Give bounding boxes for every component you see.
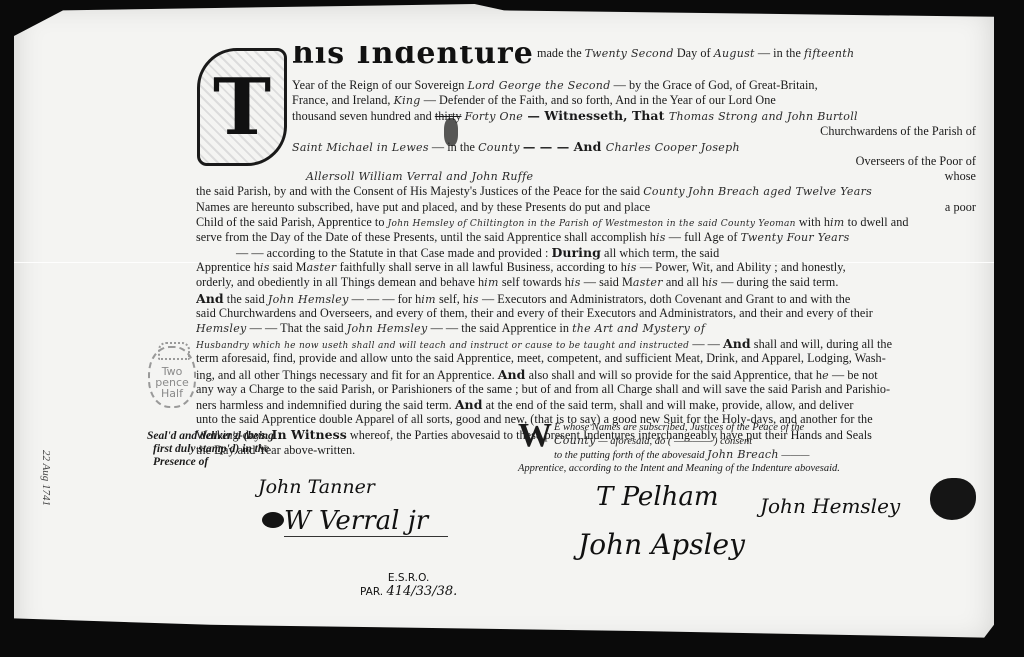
- archive-number: 414/33/38.: [386, 584, 457, 599]
- text: — — — for h: [349, 292, 422, 306]
- text: shall and will, during all the: [751, 337, 892, 351]
- handwritten-master-word: aster: [307, 261, 337, 274]
- text: Seal'd and deliver'd (being: [147, 430, 274, 443]
- text: first duly stamp'd) in the: [147, 443, 274, 456]
- archive-prefix: PAR.: [360, 586, 383, 598]
- stamp-text: Half: [150, 388, 194, 399]
- text: to the putting forth of the abovesaid: [554, 450, 705, 461]
- text: ners harmless and indemnified during the…: [196, 398, 455, 412]
- text: — full Age of: [666, 230, 741, 244]
- text: Presence of: [147, 456, 274, 469]
- body-line: serve from the Day of the Date of these …: [196, 230, 976, 245]
- text: — Defender of the Faith, and so forth, A…: [421, 93, 776, 107]
- archive-reference: E.S.R.O. PAR. 414/33/38.: [360, 572, 457, 599]
- witness-signature: John Tanner: [258, 476, 375, 498]
- body-line: Overseers of the Poor of: [196, 154, 976, 169]
- text: E whose Names are subscribed, Justices o…: [518, 421, 878, 434]
- justice-signature: T Pelham: [596, 482, 719, 512]
- text: — in the: [429, 140, 478, 154]
- text: the said Parish, by and with the Consent…: [196, 184, 643, 198]
- text: — by the Grace of God, of Great-Britain,: [611, 78, 818, 92]
- text: And: [196, 291, 224, 306]
- text: to dwell and: [845, 215, 909, 229]
- handwritten-sovereign: Lord George the Second: [468, 79, 611, 92]
- handwritten-title: King: [394, 94, 421, 107]
- body-line: Names are hereunto subscribed, have put …: [196, 200, 976, 215]
- text: — — That the said: [247, 321, 347, 335]
- text: — in the: [755, 46, 804, 60]
- body-line: France, and Ireland, King — Defender of …: [196, 93, 976, 108]
- handwritten-county: County: [554, 434, 596, 447]
- handwritten-apprentice-name: John Breach aged Twelve Years: [688, 185, 872, 198]
- text: — Witnesseth, That: [523, 108, 669, 123]
- text: with h: [796, 215, 830, 229]
- handwritten-regnal-year: fifteenth: [804, 47, 854, 60]
- body-line: Child of the said Parish, Apprentice to …: [196, 215, 976, 230]
- handwritten-pronoun: im: [421, 293, 436, 306]
- body-line: ing, and all other Things necessary and …: [196, 367, 976, 382]
- text: the said: [224, 292, 268, 306]
- sealed-clause: Seal'd and deliver'd (being first duly s…: [147, 430, 274, 469]
- body-line: Saint Michael in Lewes — in the County —…: [196, 139, 976, 154]
- text: — — — And: [523, 139, 606, 154]
- text: a poor: [945, 200, 976, 215]
- tax-stamp: Two pence Half: [148, 346, 196, 408]
- body-line: any way a Charge to the said Parish, or …: [196, 382, 976, 397]
- text: term aforesaid, find, provide and allow …: [196, 351, 886, 365]
- text: at the end of the said term, shall and w…: [483, 398, 854, 412]
- body-line: term aforesaid, find, provide and allow …: [196, 351, 976, 366]
- text: And: [498, 367, 526, 382]
- body-line: Hemsley — — That the said John Hemsley —…: [196, 321, 976, 336]
- text: — said M: [581, 275, 633, 289]
- drop-cap: W: [518, 421, 552, 451]
- text: whose: [945, 169, 976, 184]
- body-line: Allersoll William Verral and John Ruffew…: [196, 169, 976, 184]
- text: self towards h: [499, 275, 571, 289]
- text: — Power, Wit, and Ability ; and honestly…: [637, 260, 846, 274]
- text: — — the said Apprentice in: [428, 321, 573, 335]
- text: In Witness: [272, 427, 347, 442]
- handwritten-pronoun: is: [469, 293, 479, 306]
- text: And: [723, 336, 751, 351]
- handwritten-churchwardens: Thomas Strong and John Burtoll: [669, 110, 858, 123]
- text: Apprentice, according to the Intent and …: [518, 462, 878, 475]
- handwritten-apprentice-name: John Breach: [707, 448, 779, 461]
- text: — during the said term.: [718, 275, 838, 289]
- handwritten-county: County: [478, 141, 520, 154]
- handwritten-age: Twenty Four Years: [741, 231, 850, 244]
- justice-signature: John Hemsley: [760, 494, 900, 518]
- handwritten-pronoun: is: [656, 231, 666, 244]
- indenture-body: his Indenture made the Twenty Second Day…: [196, 46, 976, 458]
- text: thousand seven hundred and: [292, 109, 435, 123]
- ink-blot: [262, 512, 284, 528]
- witness-signature: W Verral jr: [284, 506, 448, 537]
- handwritten-month: August: [714, 47, 755, 60]
- body-line: said Churchwardens and Overseers, and ev…: [196, 306, 976, 321]
- text: During: [552, 245, 601, 260]
- struck-word: thirty: [435, 109, 462, 123]
- text: made the: [537, 46, 585, 60]
- body-line: Churchwardens of the Parish of: [196, 124, 976, 139]
- text: Overseers of the Poor of: [856, 154, 976, 168]
- handwritten-overseers: Charles Cooper Joseph: [606, 141, 740, 154]
- text: aforesaid, do (: [610, 436, 671, 447]
- text: said M: [270, 260, 307, 274]
- handwritten-year: Forty One: [465, 110, 523, 123]
- text: any way a Charge to the said Parish, or …: [196, 382, 890, 396]
- handwritten-pronoun: is: [260, 261, 270, 274]
- body-line: ners harmless and indemnified during the…: [196, 397, 976, 412]
- body-line: Husbandry which he now useth shall and w…: [196, 336, 976, 351]
- body-line: Year of the Reign of our Sovereign Lord …: [196, 78, 976, 93]
- text: — be not: [829, 368, 878, 382]
- text: self, h: [436, 292, 469, 306]
- body-line: — — according to the Statute in that Cas…: [196, 245, 976, 260]
- margin-date-note: 22 Aug 1741: [40, 450, 52, 506]
- text: faithfully shall serve in all lawful Bus…: [336, 260, 626, 274]
- handwritten-pronoun: im: [830, 216, 845, 229]
- body-line: And the said John Hemsley — — — for him …: [196, 291, 976, 306]
- handwritten-pronoun: is: [571, 276, 581, 289]
- text: Child of the said Parish, Apprentice to: [196, 215, 388, 229]
- handwritten-pronoun: is: [708, 276, 718, 289]
- text: ) consent: [714, 436, 752, 447]
- text: And: [455, 397, 483, 412]
- handwritten-trade-clause: Husbandry which he now useth shall and w…: [196, 341, 689, 351]
- handwritten-county: County: [643, 185, 685, 198]
- title-line: his Indenture made the Twenty Second Day…: [196, 46, 976, 78]
- handwritten-master: John Hemsley: [268, 293, 349, 306]
- handwritten-day: Twenty Second: [585, 47, 674, 60]
- text: and all h: [663, 275, 709, 289]
- document-title: his Indenture: [292, 46, 534, 61]
- handwritten-pronoun: im: [484, 276, 499, 289]
- handwritten-parish: Saint Michael in Lewes: [292, 141, 429, 154]
- text: Names are hereunto subscribed, have put …: [196, 200, 650, 214]
- text: said Churchwardens and Overseers, and ev…: [196, 306, 873, 320]
- handwritten-overseer-names: Allersoll William Verral and John Ruffe: [306, 170, 533, 183]
- justices-consent-clause: W E whose Names are subscribed, Justices…: [518, 421, 878, 475]
- handwritten-master-word: aster: [633, 276, 663, 289]
- body-line: the said Parish, by and with the Consent…: [196, 184, 976, 199]
- text: Year of the Reign of our Sovereign: [292, 78, 468, 92]
- body-line: Apprentice his said Master faithfully sh…: [196, 260, 976, 275]
- text: — Executors and Administrators, doth Cov…: [479, 292, 851, 306]
- text: orderly, and obediently in all Things de…: [196, 275, 484, 289]
- handwritten-master: John Hemsley: [347, 322, 428, 335]
- text: — — according to the Statute in that Cas…: [236, 246, 552, 260]
- handwritten-master: Hemsley: [196, 322, 247, 335]
- handwritten-trade: the Art and Mystery of: [572, 322, 705, 335]
- handwritten-master: John Hemsley of Chiltington in the Paris…: [388, 219, 796, 229]
- text: France, and Ireland,: [292, 93, 394, 107]
- body-line: orderly, and obediently in all Things de…: [196, 275, 976, 290]
- handwritten-pronoun: is: [627, 261, 637, 274]
- text: — —: [689, 337, 723, 351]
- text: serve from the Day of the Date of these …: [196, 230, 656, 244]
- text: ing, and all other Things necessary and …: [196, 368, 498, 382]
- body-line: thousand seven hundred and thirty Forty …: [196, 108, 976, 123]
- text: all which term, the said: [601, 246, 719, 260]
- text: Churchwardens of the Parish of: [820, 124, 976, 138]
- justice-signature: John Apsley: [578, 528, 745, 561]
- text: also shall and will so provide for the s…: [525, 368, 822, 382]
- crown-icon: [158, 342, 190, 360]
- text: Apprentice h: [196, 260, 260, 274]
- handwritten-pronoun: e: [822, 369, 829, 382]
- text: Day of: [674, 46, 714, 60]
